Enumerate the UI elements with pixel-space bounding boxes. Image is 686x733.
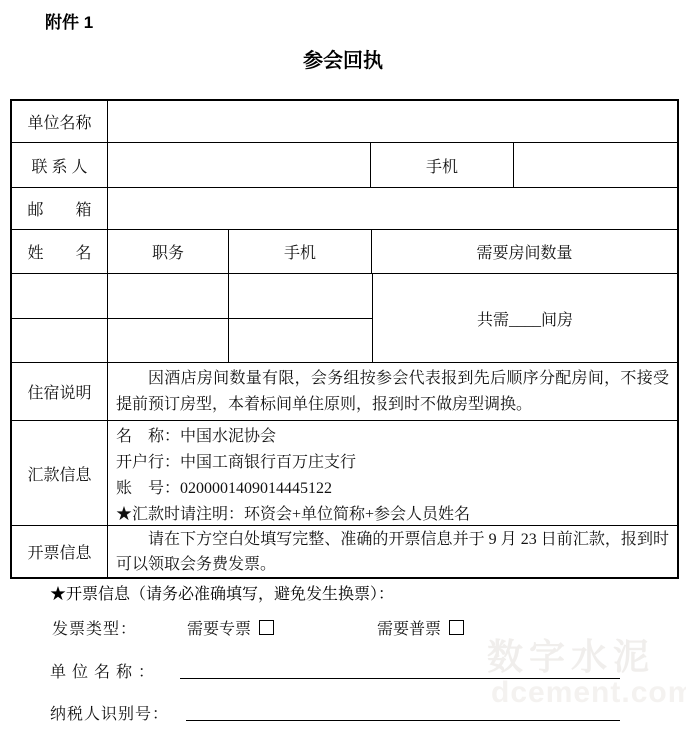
unit-name-input-cell[interactable] <box>108 101 677 142</box>
rooms-needed-cell[interactable]: 共需____间房 <box>373 274 677 362</box>
contact-phone-input-cell[interactable] <box>514 143 677 187</box>
unit-name-label: 单位名称 <box>12 101 108 142</box>
payment-label: 汇款信息 <box>12 421 108 525</box>
invoice-fill-note: ★开票信息（请务必准确填写，避免发生换票）： <box>50 581 394 604</box>
row-lodging: 住宿说明 因酒店房间数量有限，会务组按参会代表报到先后顺序分配房间，不接受提前预… <box>12 363 677 421</box>
tax-id-label: 纳税人识别号： <box>50 701 169 724</box>
position-column-header: 职务 <box>108 230 229 273</box>
lodging-label: 住宿说明 <box>12 363 108 420</box>
general-invoice-label: 需要普票 <box>377 621 441 638</box>
lodging-text: 因酒店房间数量有限，会务组按参会代表报到先后顺序分配房间，不接受提前预订房型，本… <box>108 363 677 420</box>
invoice-type-label: 发票类型： <box>52 616 137 639</box>
payment-account-name: 名 称：中国水泥协会 <box>116 424 669 450</box>
phone-column-header: 手机 <box>229 230 372 273</box>
special-invoice-label: 需要专票 <box>187 621 251 638</box>
contact-phone-label: 手机 <box>371 143 514 187</box>
attendee-row-2 <box>12 319 372 363</box>
row-payment: 汇款信息 名 称：中国水泥协会 开户行：中国工商银行百万庄支行 账 号：0200… <box>12 421 677 526</box>
payment-bank: 开户行：中国工商银行百万庄支行 <box>116 450 669 476</box>
attendee-subgrid <box>12 274 373 362</box>
invoice-label: 开票信息 <box>12 526 108 577</box>
row-email: 邮 箱 <box>12 188 677 230</box>
invoice-type-row: 发票类型： 需要专票 需要普票 <box>0 616 686 638</box>
attendee1-phone-cell[interactable] <box>229 274 372 318</box>
attendee1-name-cell[interactable] <box>12 274 108 318</box>
row-attendee-header: 姓 名 职务 手机 需要房间数量 <box>12 230 677 274</box>
email-label: 邮 箱 <box>12 188 108 229</box>
row-attendee-entries: 共需____间房 <box>12 274 677 363</box>
payment-remark-note: ★汇款时请注明：环资会+单位简称+参会人员姓名 <box>116 502 669 528</box>
attendee1-position-cell[interactable] <box>108 274 229 318</box>
row-unit-name: 单位名称 <box>12 101 677 143</box>
contact-label: 联 系 人 <box>12 143 108 187</box>
payment-account-number: 账 号：0200001409014445122 <box>116 476 669 502</box>
rooms-column-header: 需要房间数量 <box>372 230 677 273</box>
special-invoice-option: 需要专票 <box>187 616 274 639</box>
contact-input-cell[interactable] <box>108 143 371 187</box>
page-title: 参会回执 <box>0 44 686 73</box>
special-invoice-checkbox[interactable] <box>259 620 274 635</box>
tax-id-fill-line[interactable] <box>186 719 620 721</box>
row-invoice: 开票信息 请在下方空白处填写完整、准确的开票信息并于 9 月 23 日前汇款，报… <box>12 526 677 577</box>
attachment-label: 附件 1 <box>45 8 93 33</box>
attendee2-position-cell[interactable] <box>108 319 229 363</box>
reply-form-table: 单位名称 联 系 人 手机 邮 箱 姓 名 职务 手机 需要房间数量 <box>10 99 679 579</box>
attendee2-name-cell[interactable] <box>12 319 108 363</box>
attendee-row-1 <box>12 274 372 319</box>
invoice-text: 请在下方空白处填写完整、准确的开票信息并于 9 月 23 日前汇款，报到时可以领… <box>108 526 677 577</box>
row-contact: 联 系 人 手机 <box>12 143 677 188</box>
email-input-cell[interactable] <box>108 188 677 229</box>
company-name-fill-line[interactable] <box>180 677 620 679</box>
company-name-label: 单 位 名 称 ： <box>50 659 155 682</box>
document-page: 数字水泥 dcement.com 附件 1 参会回执 单位名称 联 系 人 手机… <box>0 0 686 733</box>
general-invoice-checkbox[interactable] <box>449 620 464 635</box>
attendee2-phone-cell[interactable] <box>229 319 372 363</box>
name-column-header: 姓 名 <box>12 230 108 273</box>
payment-details: 名 称：中国水泥协会 开户行：中国工商银行百万庄支行 账 号：020000140… <box>108 421 677 525</box>
general-invoice-option: 需要普票 <box>377 616 464 639</box>
watermark-url: dcement.com <box>491 676 686 710</box>
